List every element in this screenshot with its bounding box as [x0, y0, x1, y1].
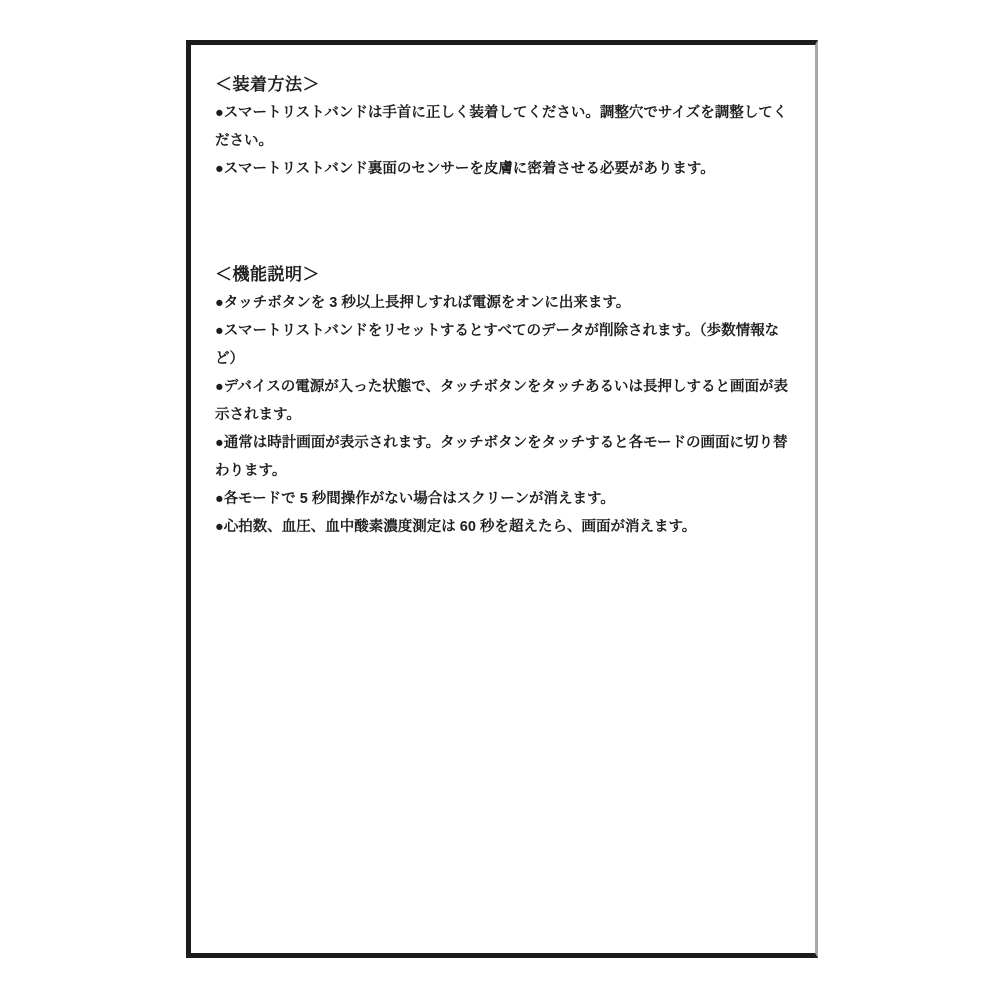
bullet-icon: ●	[215, 379, 224, 395]
bullet-icon: ●	[215, 161, 224, 177]
bullet-text: 通常は時計画面が表示されます。タッチボタンをタッチすると各モードの画面に切り替わ…	[215, 435, 788, 479]
bullet-text: 各モードで 5 秒間操作がない場合はスクリーンが消えます。	[224, 491, 615, 507]
page-content: ＜装着方法＞ ●スマートリストバンドは手首に正しく装着してください。調整穴でサイ…	[191, 45, 815, 953]
bullet-text: スマートリストバンド裏面のセンサーを皮膚に密着させる必要があります。	[224, 161, 715, 177]
manual-page: ＜装着方法＞ ●スマートリストバンドは手首に正しく装着してください。調整穴でサイ…	[186, 40, 818, 958]
bullet-text: スマートリストバンドをリセットするとすべてのデータが削除されます。（歩数情報など…	[215, 323, 779, 367]
bullet-icon: ●	[215, 295, 224, 311]
bullet-icon: ●	[215, 323, 224, 339]
bullet-text: スマートリストバンドは手首に正しく装着してください。調整穴でサイズを調整してくだ…	[215, 105, 787, 149]
bullet-icon: ●	[215, 519, 224, 535]
list-item: ●心拍数、血圧、血中酸素濃度測定は 60 秒を超えたら、画面が消えます。	[215, 513, 789, 541]
bullet-text: タッチボタンを 3 秒以上長押しすれば電源をオンに出来ます。	[224, 295, 630, 311]
list-item: ●スマートリストバンドは手首に正しく装着してください。調整穴でサイズを調整してく…	[215, 99, 789, 155]
list-item: ●スマートリストバンド裏面のセンサーを皮膚に密着させる必要があります。	[215, 155, 789, 183]
section-wearing-instructions: ＜装着方法＞ ●スマートリストバンドは手首に正しく装着してください。調整穴でサイ…	[215, 71, 789, 183]
list-item: ●タッチボタンを 3 秒以上長押しすれば電源をオンに出来ます。	[215, 289, 789, 317]
section-heading-functions: ＜機能説明＞	[215, 261, 789, 289]
bullet-text: 心拍数、血圧、血中酸素濃度測定は 60 秒を超えたら、画面が消えます。	[224, 519, 697, 535]
bullet-icon: ●	[215, 435, 224, 451]
bullet-icon: ●	[215, 105, 224, 121]
bullet-text: デバイスの電源が入った状態で、タッチボタンをタッチあるいは長押しすると画面が表示…	[215, 379, 788, 423]
section-heading-wearing: ＜装着方法＞	[215, 71, 789, 99]
bullet-icon: ●	[215, 491, 224, 507]
list-item: ●通常は時計画面が表示されます。タッチボタンをタッチすると各モードの画面に切り替…	[215, 429, 789, 485]
section-function-description: ＜機能説明＞ ●タッチボタンを 3 秒以上長押しすれば電源をオンに出来ます。 ●…	[215, 261, 789, 541]
list-item: ●デバイスの電源が入った状態で、タッチボタンをタッチあるいは長押しすると画面が表…	[215, 373, 789, 429]
list-item: ●各モードで 5 秒間操作がない場合はスクリーンが消えます。	[215, 485, 789, 513]
list-item: ●スマートリストバンドをリセットするとすべてのデータが削除されます。（歩数情報な…	[215, 317, 789, 373]
